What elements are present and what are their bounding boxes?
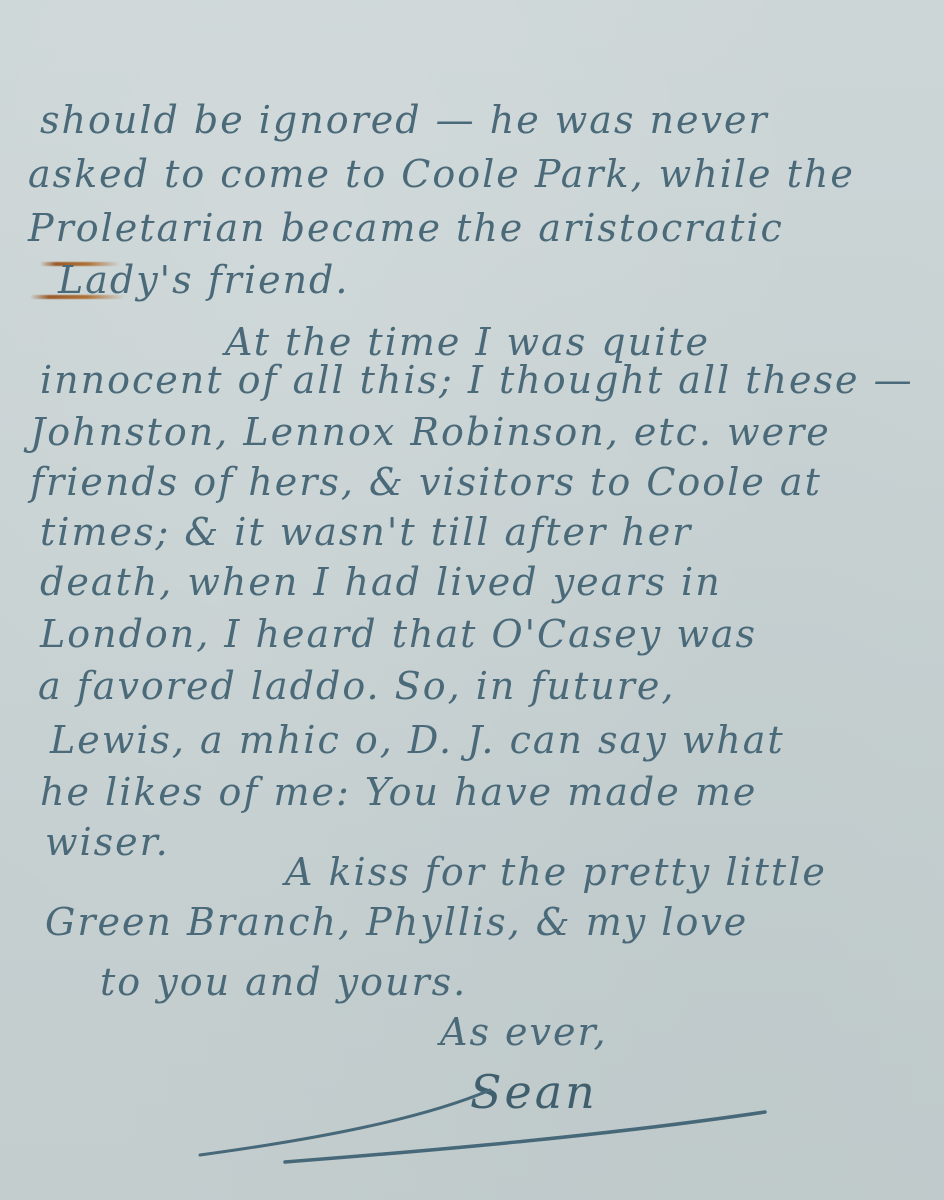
letter-line: innocent of all this; I thought all thes… (40, 358, 914, 402)
letter-line: friends of hers, & visitors to Coole at (30, 460, 822, 504)
letter-line: times; & it wasn't till after her (40, 510, 692, 554)
letter-line: should be ignored — he was never (40, 98, 769, 142)
letter-line: wiser. (45, 820, 170, 864)
letter-line: Green Branch, Phyllis, & my love (45, 900, 748, 944)
letter-line: death, when I had lived years in (40, 560, 722, 604)
letter-line: Johnston, Lennox Robinson, etc. were (30, 410, 831, 454)
closing: As ever, (440, 1010, 608, 1054)
letter-line: he likes of me: You have made me (40, 770, 757, 814)
letter-line: asked to come to Coole Park, while the (28, 152, 855, 196)
letter-line: Proletarian became the aristocratic (28, 206, 784, 250)
letter-line: London, I heard that O'Casey was (40, 612, 757, 656)
signature-flourish-icon (190, 1080, 790, 1170)
letter-line: to you and yours. (100, 960, 467, 1004)
letter-line: Lady's friend. (58, 258, 349, 302)
letter-line: Lewis, a mhic o, D. J. can say what (50, 718, 785, 762)
letter-line: a favored laddo. So, in future, (38, 664, 675, 708)
letter-page: should be ignored — he was never asked t… (0, 0, 944, 1200)
letter-line: A kiss for the pretty little (285, 850, 827, 894)
